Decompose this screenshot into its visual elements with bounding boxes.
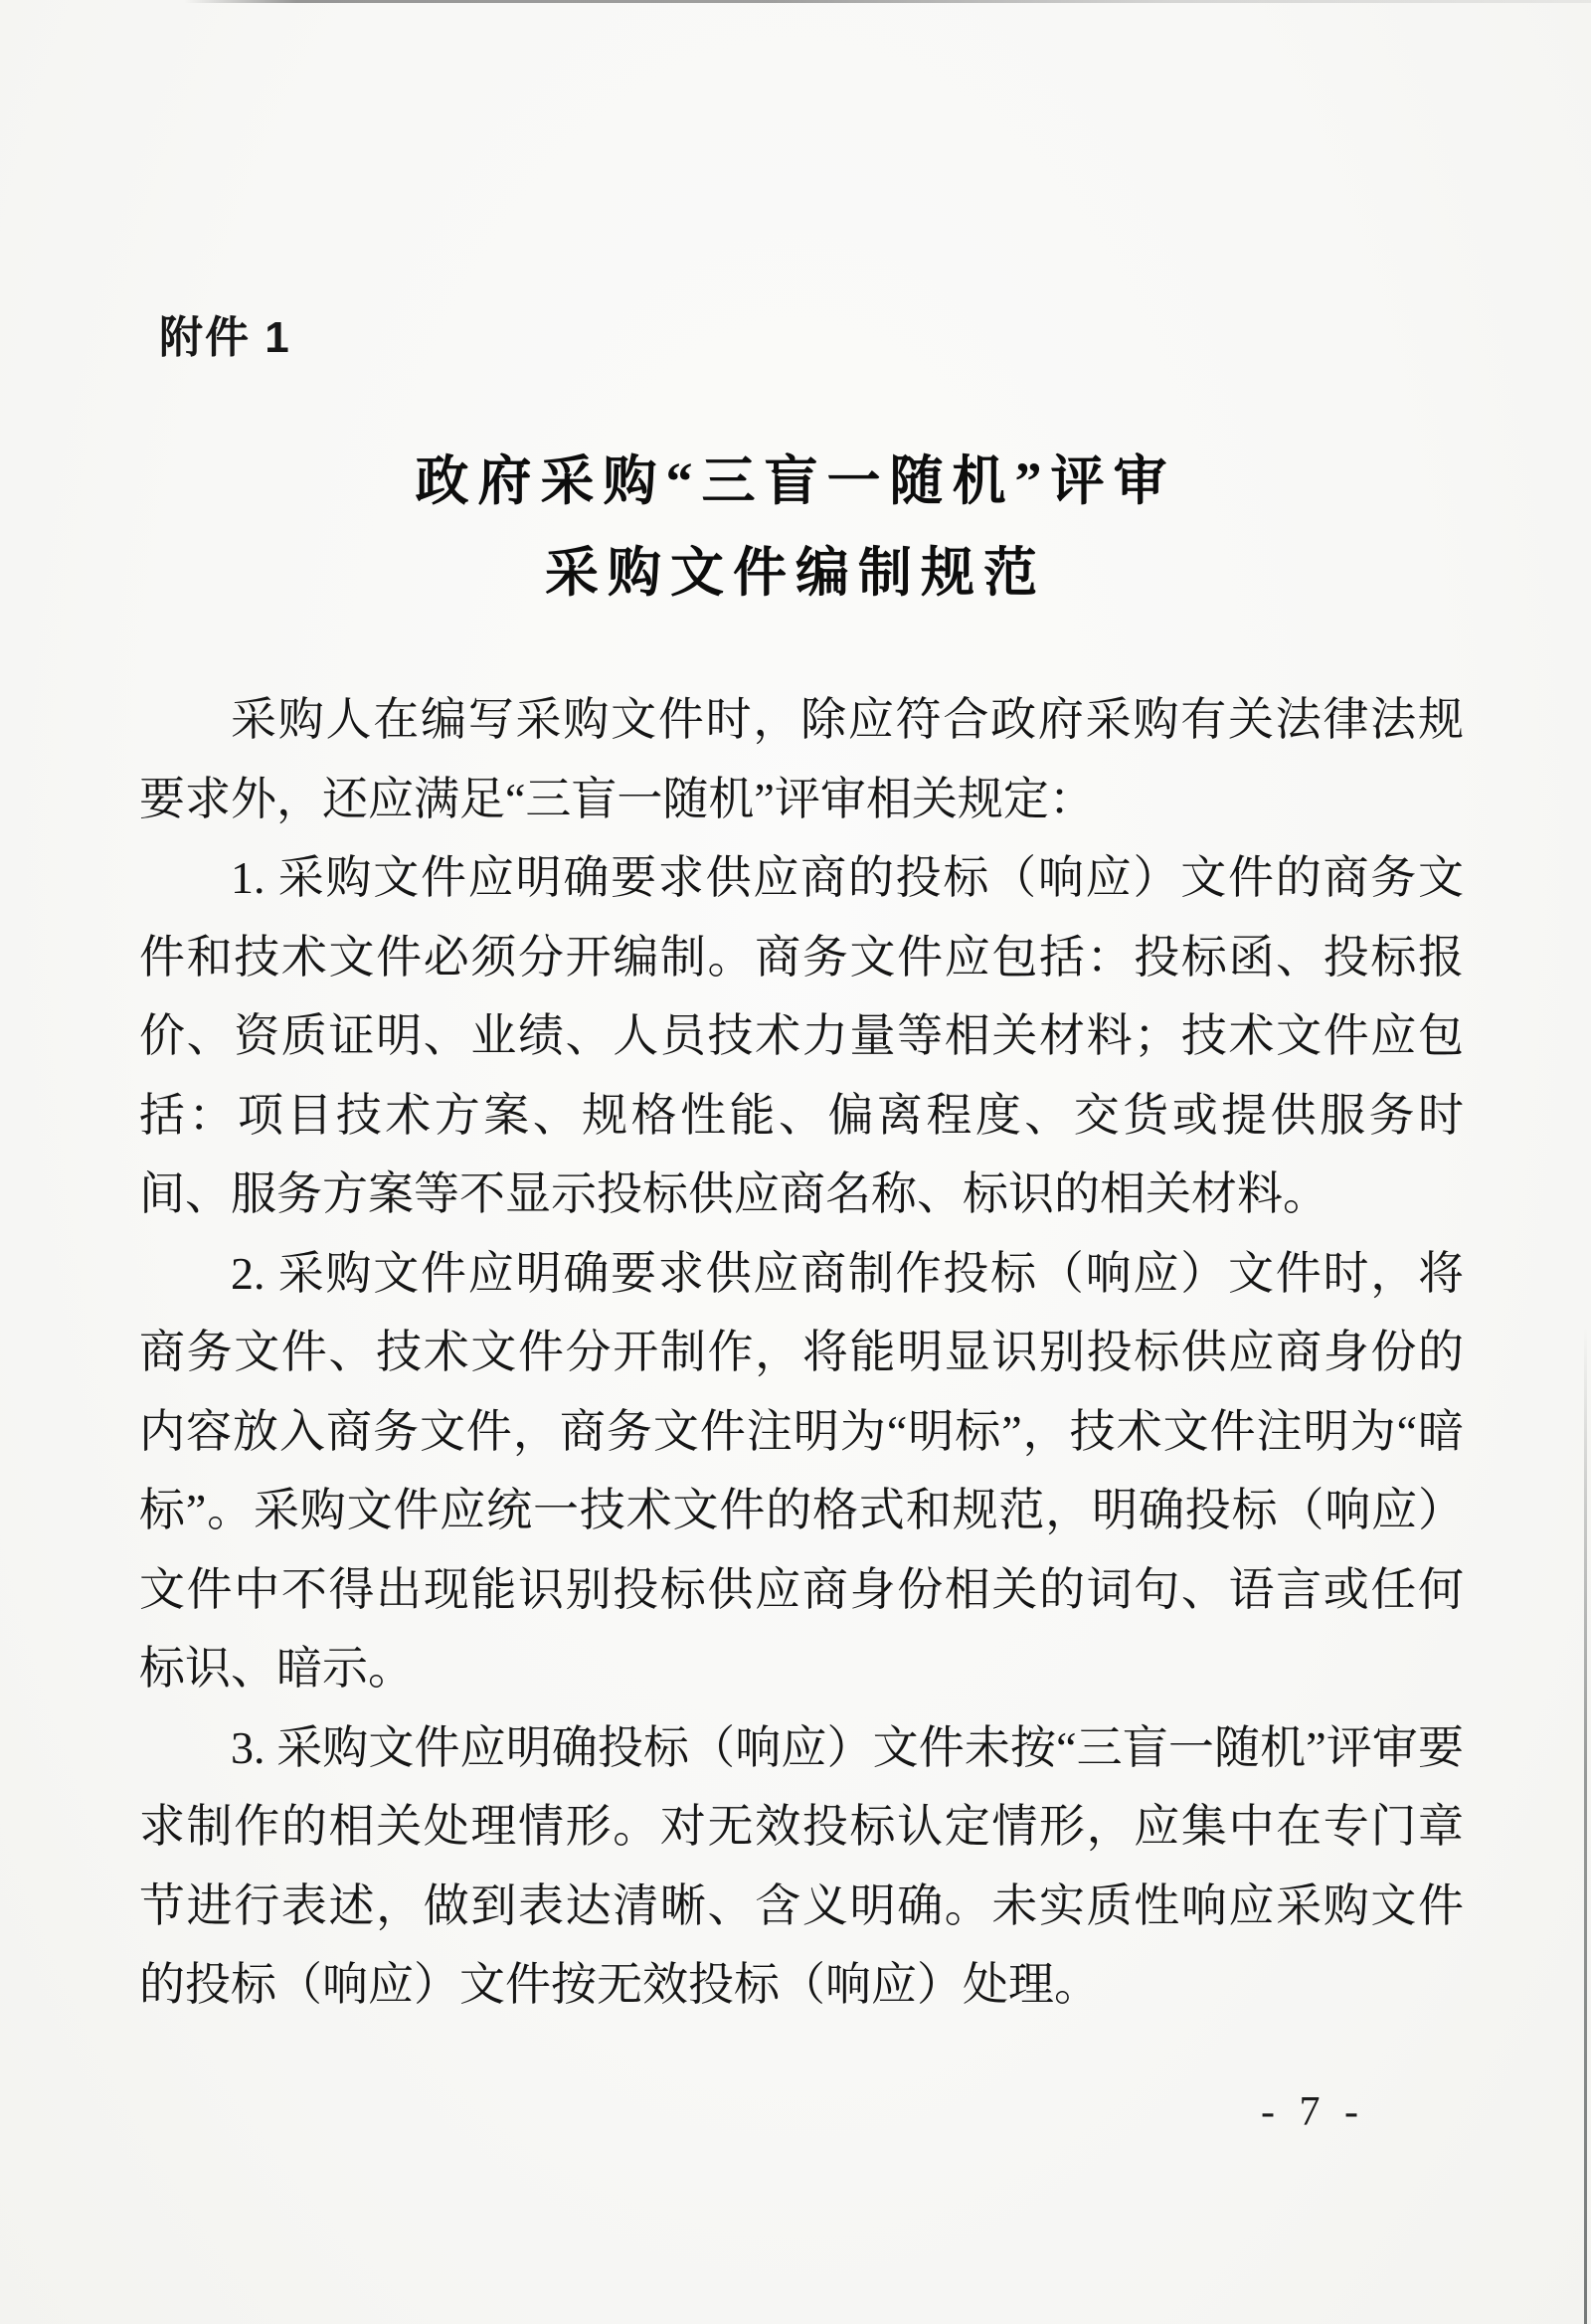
item-2-paragraph: 2. 采购文件应明确要求供应商制作投标（响应）文件时，将商务文件、技术文件分开制… <box>139 1234 1464 1708</box>
item-1-paragraph: 1. 采购文件应明确要求供应商的投标（响应）文件的商务文件和技术文件必须分开编制… <box>139 838 1464 1234</box>
scanned-document-page: 附件 1 政府采购“三盲一随机”评审 采购文件编制规范 采购人在编写采购文件时，… <box>0 0 1591 2324</box>
intro-paragraph: 采购人在编写采购文件时，除应符合政府采购有关法律法规要求外，还应满足“三盲一随机… <box>139 680 1464 838</box>
document-title-line-2: 采购文件编制规范 <box>0 527 1591 619</box>
document-body: 采购人在编写采购文件时，除应符合政府采购有关法律法规要求外，还应满足“三盲一随机… <box>139 680 1464 2025</box>
document-title: 政府采购“三盲一随机”评审 采购文件编制规范 <box>0 436 1591 619</box>
document-title-line-1: 政府采购“三盲一随机”评审 <box>0 436 1591 527</box>
attachment-label: 附件 1 <box>159 301 291 365</box>
page-number: - 7 - <box>1261 2088 1365 2136</box>
item-3-paragraph: 3. 采购文件应明确投标（响应）文件未按“三盲一随机”评审要求制作的相关处理情形… <box>139 1708 1464 2025</box>
scan-artifact-top-edge <box>184 0 1591 3</box>
scan-artifact-right-edge <box>1584 1328 1587 2324</box>
